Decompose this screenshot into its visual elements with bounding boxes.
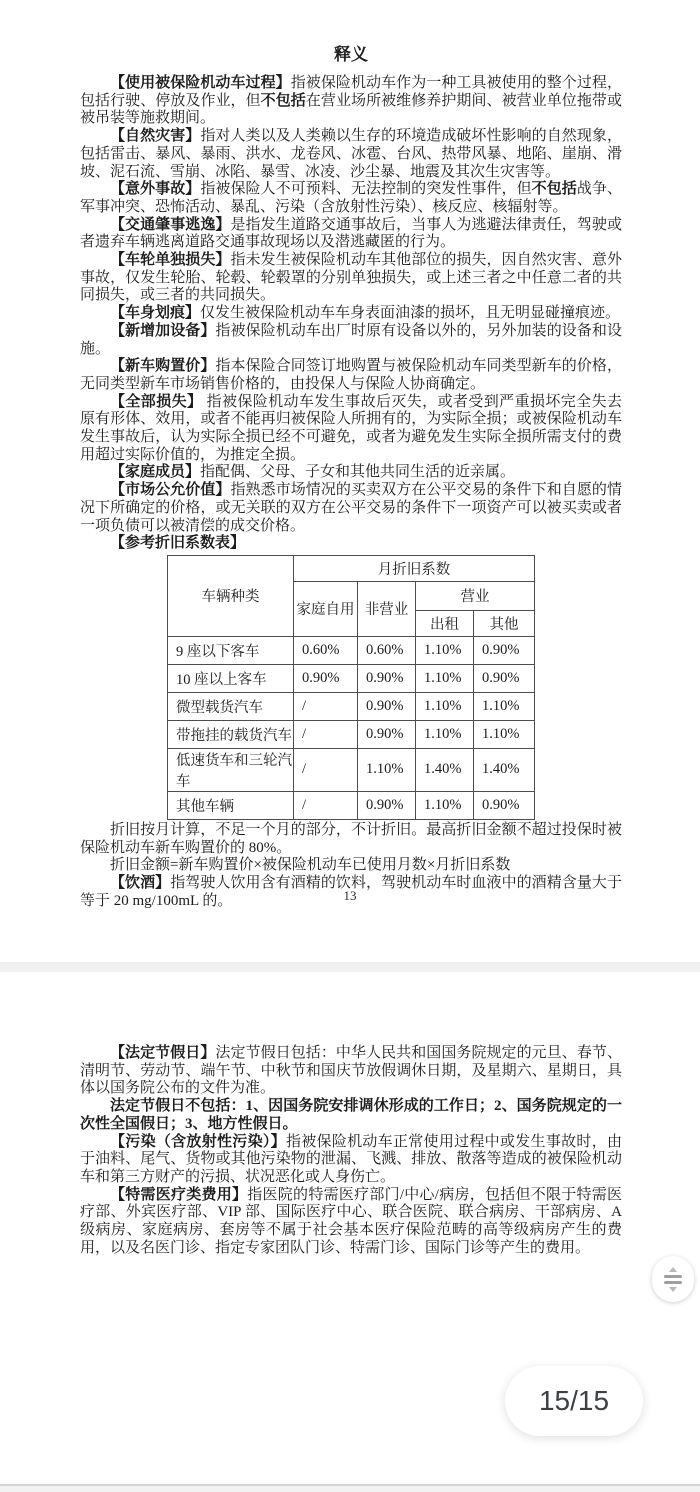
definition-paragraph: 【市场公允价值】指熟悉市场情况的买卖双方在公平交易的条件下和自愿的情况下所确定的… [80,482,622,535]
table-cell: 1.40% [474,748,535,791]
page-indicator-badge: 15/15 [505,1366,643,1436]
table-row: 带拖挂的载货汽车 / 0.90% 1.10% 1.10% [168,720,535,748]
pdf-page-13: 释义 【使用被保险机动车过程】指被保险机动车作为一种工具被使用的整个过程，包括行… [0,0,700,962]
formula-paragraph: 折旧金额=新车购置价×被保险机动车已使用月数×月折旧系数 [80,857,622,875]
definition-term: 【自然灾害】 [110,128,200,144]
table-header-rental: 出租 [416,610,474,636]
bold-text: 法定节假日不包括：1、因国务院安排调休形成的工作日；2、国务院规定的一次性全国假… [80,1098,622,1132]
table-row: 9 座以下客车 0.60% 0.60% 1.10% 0.90% [168,636,535,664]
table-row: 其他车辆 / 0.90% 1.10% 0.90% [168,791,535,819]
bottom-page-divider [0,1484,700,1492]
definition-paragraph: 【车轮单独损失】指未发生被保险机动车其他部位的损失，因自然灾害、意外事故，仅发生… [80,252,622,305]
definition-term: 【家庭成员】 [110,464,200,480]
table-cell: 0.90% [358,720,416,748]
table-cell: 0.90% [358,664,416,692]
depreciation-coefficient-table: 车辆种类 月折旧系数 家庭自用 非营业 营业 出租 其他 9 座以下客车 0.6… [167,555,535,820]
table-cell: 0.90% [294,664,358,692]
page-indicator-text: 15/15 [539,1385,609,1417]
table-cell: / [294,692,358,720]
formula-text: 折旧金额=新车购置价×被保险机动车已使用月数×月折旧系数 [110,857,510,873]
table-cell: 1.10% [358,748,416,791]
table-cell: 0.60% [358,636,416,664]
table-cell: 0.90% [358,692,416,720]
chevron-up-icon [669,1267,677,1272]
table-cell: 1.10% [416,692,474,720]
definition-term: 【新增加设备】 [110,323,215,339]
table-cell: 1.10% [416,720,474,748]
table-cell: 带拖挂的载货汽车 [168,720,294,748]
definition-paragraph: 【特需医疗类费用】指医院的特需医疗部门/中心/病房，包括但不限于特需医疗部、外宾… [80,1187,622,1258]
definition-paragraph: 【自然灾害】指对人类以及人类赖以生存的环境造成破坏性影响的自然现象，包括雷击、暴… [80,128,622,181]
table-cell: 微型载货汽车 [168,692,294,720]
fast-scroll-handle[interactable] [652,1256,694,1302]
definition-term: 【污染（含放射性污染）】 [110,1134,286,1150]
definition-paragraph: 【新车购置价】指本保险合同签订地购置与被保险机动车同类型新车的价格，无同类型新车… [80,358,622,393]
definition-paragraph: 【全部损失】 指被保险机动车发生事故后灭失，或者受到严重损坏完全失去原有形体、效… [80,394,622,465]
definition-paragraph: 【使用被保险机动车过程】指被保险机动车作为一种工具被使用的整个过程，包括行驶、停… [80,75,622,128]
table-header-commercial: 营业 [416,581,535,610]
table-header-family-use: 家庭自用 [294,581,358,636]
table-header-other: 其他 [474,610,535,636]
emphasis-text: 不包括 [532,181,577,197]
definition-term: 【法定节假日】 [110,1045,215,1061]
table-row: 微型载货汽车 / 0.90% 1.10% 1.10% [168,692,535,720]
definition-term: 【全部损失】 [110,394,202,410]
table-cell: 9 座以下客车 [168,636,294,664]
definition-text: 指配偶、父母、子女和其他共同生活的近亲属。 [200,464,515,480]
table-cell: 0.60% [294,636,358,664]
definition-term: 【车身划痕】 [110,305,200,321]
definition-term: 【交通肇事逃逸】 [110,217,230,233]
definition-term: 【市场公允价值】 [110,482,230,498]
definition-paragraph: 【交通肇事逃逸】是指发生道路交通事故后，当事人为逃避法律责任，驾驶或者遗弃车辆逃… [80,217,622,252]
definition-paragraph: 【新增加设备】指被保险机动车出厂时原有设备以外的，另外加装的设备和设施。 [80,323,622,358]
drag-bar-icon [664,1281,682,1284]
definition-term: 【参考折旧系数表】 [110,535,245,551]
definition-paragraph: 【法定节假日】法定节假日包括：中华人民共和国国务院规定的元旦、春节、清明节、劳动… [80,1045,622,1098]
table-row: 低速货车和三轮汽车 / 1.10% 1.40% 1.40% [168,748,535,791]
definition-paragraph: 【参考折旧系数表】 [80,535,622,553]
body-paragraph: 折旧按月计算，不足一个月的部分，不计折旧。最高折旧金额不超过投保时被保险机动车新… [80,822,622,857]
definition-paragraph: 【车身划痕】仅发生被保险机动车车身表面油漆的损坏，且无明显碰撞痕迹。 [80,305,622,323]
table-cell: 0.90% [474,664,535,692]
table-cell: 0.90% [358,791,416,819]
definition-term: 【使用被保险机动车过程】 [110,75,291,91]
document-title: 释义 [80,44,622,66]
definition-paragraph: 【意外事故】指被保险人不可预料、无法控制的突发性事件，但不包括战争、军事冲突、恐… [80,181,622,216]
table-header-non-commercial: 非营业 [358,581,416,636]
drag-bar-icon [664,1275,682,1278]
table-cell: / [294,791,358,819]
printed-page-number: 13 [0,888,700,904]
table-cell: 低速货车和三轮汽车 [168,748,294,791]
table-cell: 1.40% [416,748,474,791]
definition-term: 【车轮单独损失】 [110,252,230,268]
table-header-vehicle-type: 车辆种类 [168,555,294,636]
bold-exclusion-paragraph: 法定节假日不包括：1、因国务院安排调休形成的工作日；2、国务院规定的一次性全国假… [80,1098,622,1133]
table-header-monthly-coefficient: 月折旧系数 [294,555,535,581]
table-cell: 10 座以上客车 [168,664,294,692]
definition-text: 仅发生被保险机动车车身表面油漆的损坏，且无明显碰撞痕迹。 [200,305,620,321]
table-cell: 1.10% [416,636,474,664]
table-cell: 0.90% [474,791,535,819]
chevron-down-icon [669,1287,677,1292]
table-cell: / [294,720,358,748]
definition-term: 【意外事故】 [110,181,200,197]
pdf-viewer[interactable]: 释义 【使用被保险机动车过程】指被保险机动车作为一种工具被使用的整个过程，包括行… [0,0,700,1492]
page-divider [0,962,700,972]
definition-text: 指被保险人不可预料、无法控制的突发性事件，但 [200,181,531,197]
table-cell: 1.10% [416,664,474,692]
table-cell: / [294,748,358,791]
definition-paragraph: 【污染（含放射性污染）】指被保险机动车正常使用过程中或发生事故时，由于油料、尾气… [80,1134,622,1187]
definition-term: 【新车购置价】 [110,358,215,374]
table-cell: 1.10% [416,791,474,819]
body-text: 折旧按月计算，不足一个月的部分，不计折旧。最高折旧金额不超过投保时被保险机动车新… [80,822,622,856]
table-row: 10 座以上客车 0.90% 0.90% 1.10% 0.90% [168,664,535,692]
definition-term: 【特需医疗类费用】 [110,1187,247,1203]
table-cell: 其他车辆 [168,791,294,819]
table-cell: 1.10% [474,692,535,720]
emphasis-text: 不包括 [261,93,306,109]
table-cell: 0.90% [474,636,535,664]
definition-paragraph: 【家庭成员】指配偶、父母、子女和其他共同生活的近亲属。 [80,464,622,482]
table-cell: 1.10% [474,720,535,748]
